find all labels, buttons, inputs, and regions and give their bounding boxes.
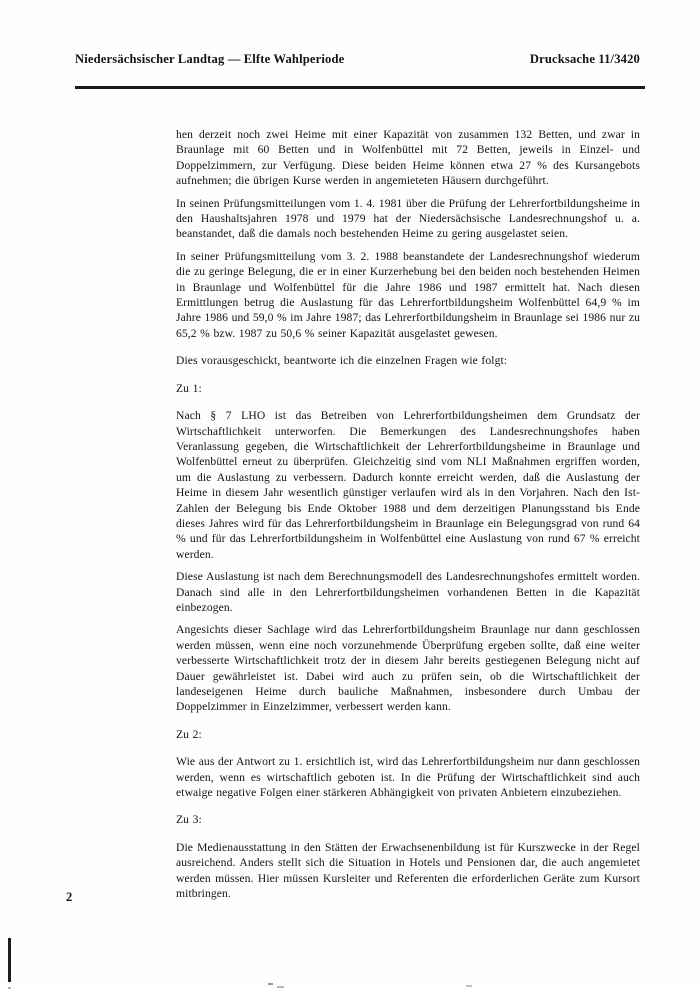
body-paragraph: Nach § 7 LHO ist das Betreiben von Lehre… bbox=[176, 408, 640, 562]
scan-artifact-bar bbox=[8, 938, 11, 982]
document-body: hen derzeit noch zwei Heime mit einer Ka… bbox=[176, 127, 640, 908]
header-rule bbox=[75, 86, 645, 89]
section-label-zu-2: Zu 2: bbox=[176, 727, 640, 742]
body-paragraph: hen derzeit noch zwei Heime mit einer Ka… bbox=[176, 127, 640, 189]
page-number: 2 bbox=[66, 890, 72, 905]
document-number: Drucksache 11/3420 bbox=[530, 52, 640, 67]
body-paragraph: Diese Auslastung ist nach dem Berechnung… bbox=[176, 569, 640, 615]
body-paragraph: In seiner Prüfungsmitteilung vom 3. 2. 1… bbox=[176, 249, 640, 341]
scan-speck bbox=[466, 985, 472, 987]
document-header: Niedersächsischer Landtag — Elfte Wahlpe… bbox=[75, 52, 640, 67]
scan-speck bbox=[8, 987, 11, 989]
body-paragraph: Wie aus der Antwort zu 1. ersichtlich is… bbox=[176, 754, 640, 800]
scan-speck bbox=[277, 986, 284, 988]
body-paragraph: Die Medienausstattung in den Stätten der… bbox=[176, 840, 640, 902]
scan-speck bbox=[268, 983, 273, 985]
document-page: Niedersächsischer Landtag — Elfte Wahlpe… bbox=[0, 0, 700, 990]
section-label-zu-3: Zu 3: bbox=[176, 812, 640, 827]
journal-title: Niedersächsischer Landtag — Elfte Wahlpe… bbox=[75, 52, 344, 67]
intro-line: Dies vorausgeschickt, beantworte ich die… bbox=[176, 353, 640, 368]
section-label-zu-1: Zu 1: bbox=[176, 381, 640, 396]
body-paragraph: Angesichts dieser Sachlage wird das Lehr… bbox=[176, 622, 640, 714]
body-paragraph: In seinen Prüfungsmitteilungen vom 1. 4.… bbox=[176, 196, 640, 242]
